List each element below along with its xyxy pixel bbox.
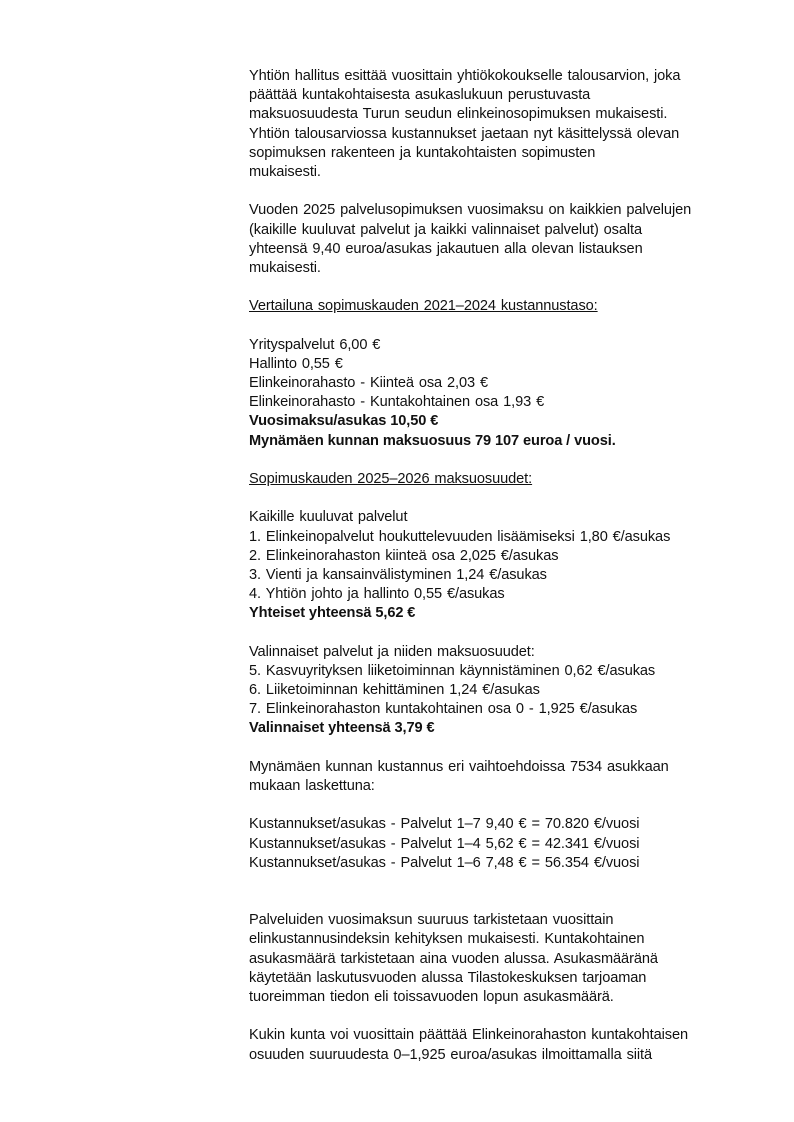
spacer — [249, 489, 749, 508]
spacer — [249, 892, 749, 911]
spacer — [249, 1007, 749, 1026]
cost-option-row: Kustannukset/asukas - Palvelut 1–4 5,62 … — [249, 835, 749, 854]
text-line: Yhtiön hallitus esittää vuosittain yhtiö… — [249, 67, 749, 86]
comparison-item: Elinkeinorahasto - Kiinteä osa 2,03 € — [249, 374, 749, 393]
text-line: Yhtiön talousarviossa kustannukset jaeta… — [249, 125, 749, 144]
comparison-item: Hallinto 0,55 € — [249, 355, 749, 374]
text-line: tuoreimman tiedon eli toissavuoden lopun… — [249, 988, 749, 1007]
text-line: elinkustannusindeksin kehityksen mukaise… — [249, 930, 749, 949]
comparison-item: Yrityspalvelut 6,00 € — [249, 336, 749, 355]
cost-options-section: Mynämäen kunnan kustannus eri vaihtoehdo… — [249, 758, 749, 873]
municipality-share: Mynämäen kunnan maksuosuus 79 107 euroa … — [249, 432, 749, 451]
common-service-item: 2. Elinkeinorahaston kiinteä osa 2,025 €… — [249, 547, 749, 566]
text-line: mukaisesti. — [249, 259, 749, 278]
document-page: Yhtiön hallitus esittää vuosittain yhtiö… — [249, 67, 749, 1065]
optional-services-total: Valinnaiset yhteensä 3,79 € — [249, 719, 749, 738]
text-line: Palveluiden vuosimaksun suuruus tarkiste… — [249, 911, 749, 930]
text-line: päättää kuntakohtaisesta asukaslukuun pe… — [249, 86, 749, 105]
spacer — [249, 623, 749, 642]
text-line: osuuden suuruudesta 0–1,925 euroa/asukas… — [249, 1046, 749, 1065]
cost-option-row: Kustannukset/asukas - Palvelut 1–6 7,48 … — [249, 854, 749, 873]
common-service-item: 1. Elinkeinopalvelut houkuttelevuuden li… — [249, 528, 749, 547]
spacer — [249, 316, 749, 335]
common-services-title: Kaikille kuuluvat palvelut — [249, 508, 749, 527]
period-heading: Sopimuskauden 2025–2026 maksuosuudet: — [249, 471, 532, 487]
comparison-heading: Vertailuna sopimuskauden 2021–2024 kusta… — [249, 298, 598, 314]
fee-2025-paragraph: Vuoden 2025 palvelusopimuksen vuosimaksu… — [249, 201, 749, 278]
intro-paragraph: Yhtiön hallitus esittää vuosittain yhtiö… — [249, 67, 749, 182]
common-services-total: Yhteiset yhteensä 5,62 € — [249, 604, 749, 623]
spacer — [249, 451, 749, 470]
comparison-section: Vertailuna sopimuskauden 2021–2024 kusta… — [249, 297, 749, 451]
common-service-item: 3. Vienti ja kansainvälistyminen 1,24 €/… — [249, 566, 749, 585]
spacer — [249, 796, 749, 815]
text-line: sopimuksen rakenteen ja kuntakohtaisten … — [249, 144, 749, 163]
closing-paragraph: Kukin kunta voi vuosittain päättää Elink… — [249, 1026, 749, 1064]
common-service-item: 4. Yhtiön johto ja hallinto 0,55 €/asuka… — [249, 585, 749, 604]
spacer — [249, 873, 749, 892]
cost-option-row: Kustannukset/asukas - Palvelut 1–7 9,40 … — [249, 815, 749, 834]
optional-service-item: 7. Elinkeinorahaston kuntakohtainen osa … — [249, 700, 749, 719]
period-2025-2026-section: Sopimuskauden 2025–2026 maksuosuudet: Ka… — [249, 470, 749, 739]
text-line: Kukin kunta voi vuosittain päättää Elink… — [249, 1026, 749, 1045]
spacer — [249, 739, 749, 758]
text-line: Mynämäen kunnan kustannus eri vaihtoehdo… — [249, 758, 749, 777]
text-line: maksuosuudesta Turun seudun elinkeinosop… — [249, 105, 749, 124]
comparison-total: Vuosimaksu/asukas 10,50 € — [249, 412, 749, 431]
spacer — [249, 278, 749, 297]
text-line: Vuoden 2025 palvelusopimuksen vuosimaksu… — [249, 201, 749, 220]
optional-services-title: Valinnaiset palvelut ja niiden maksuosuu… — [249, 643, 749, 662]
indexation-paragraph: Palveluiden vuosimaksun suuruus tarkiste… — [249, 911, 749, 1007]
text-line: käytetään laskutusvuoden alussa Tilastok… — [249, 969, 749, 988]
text-line: asukasmäärä tarkistetaan aina vuoden alu… — [249, 950, 749, 969]
optional-service-item: 5. Kasvuyrityksen liiketoiminnan käynnis… — [249, 662, 749, 681]
text-line: (kaikille kuuluvat palvelut ja kaikki va… — [249, 221, 749, 240]
text-line: yhteensä 9,40 euroa/asukas jakautuen all… — [249, 240, 749, 259]
spacer — [249, 182, 749, 201]
text-line: mukaan laskettuna: — [249, 777, 749, 796]
text-line: mukaisesti. — [249, 163, 749, 182]
optional-service-item: 6. Liiketoiminnan kehittäminen 1,24 €/as… — [249, 681, 749, 700]
comparison-item: Elinkeinorahasto - Kuntakohtainen osa 1,… — [249, 393, 749, 412]
